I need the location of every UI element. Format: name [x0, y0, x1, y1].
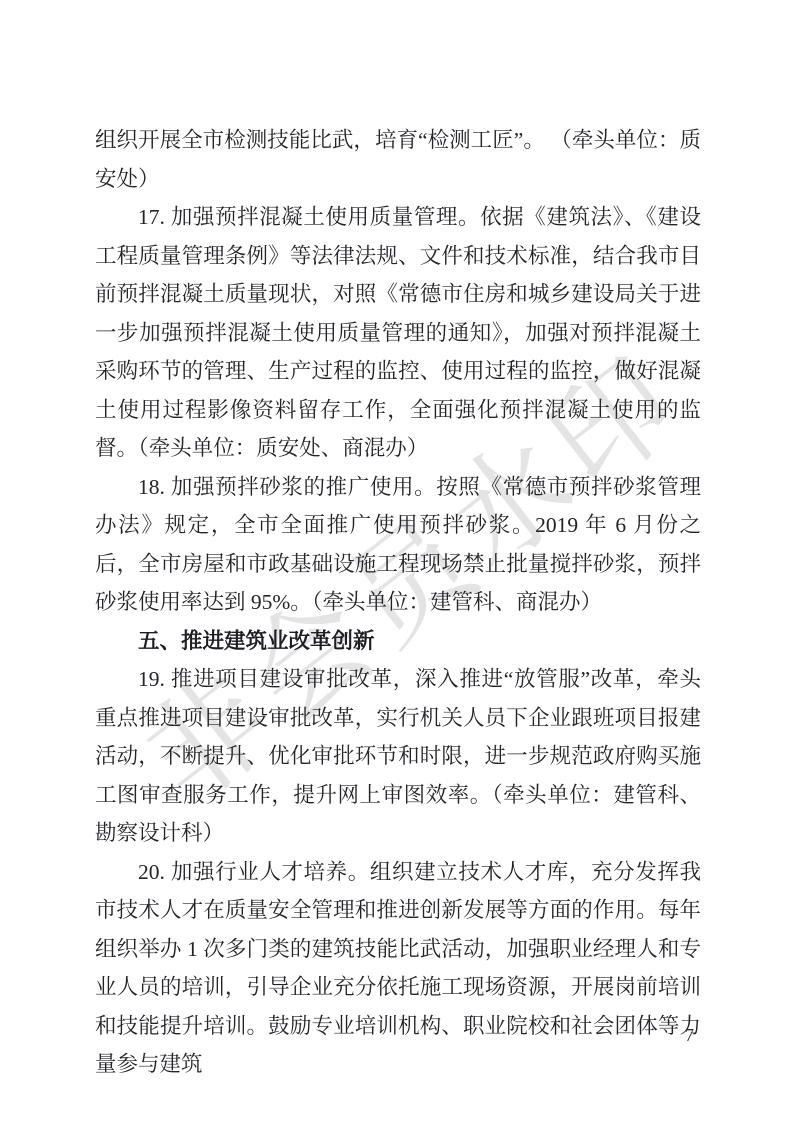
page-number: 7 — [685, 1024, 694, 1046]
section-heading-5: 五、推进建筑业改革创新 — [95, 622, 701, 661]
paragraph-17: 17. 加强预拌混凝土使用质量管理。依据《建筑法》、《建设工程质量管理条例》等法… — [95, 198, 701, 468]
paragraph-18: 18. 加强预拌砂浆的推广使用。按照《常德市预拌砂浆管理办法》规定，全市全面推广… — [95, 468, 701, 622]
paragraph-19: 19. 推进项目建设审批改革，深入推进“放管服”改革，牵头重点推进项目建设审批改… — [95, 660, 701, 853]
document-content: 组织开展全市检测技能比武，培育“检测工匠”。 （牵头单位：质安处） 17. 加强… — [95, 121, 701, 1084]
document-page: 非会员水印 组织开展全市检测技能比武，培育“检测工匠”。 （牵头单位：质安处） … — [0, 0, 793, 1122]
paragraph-16-continuation: 组织开展全市检测技能比武，培育“检测工匠”。 （牵头单位：质安处） — [95, 121, 701, 198]
paragraph-20: 20. 加强行业人才培养。组织建立技术人才库，充分发挥我市技术人才在质量安全管理… — [95, 853, 701, 1084]
